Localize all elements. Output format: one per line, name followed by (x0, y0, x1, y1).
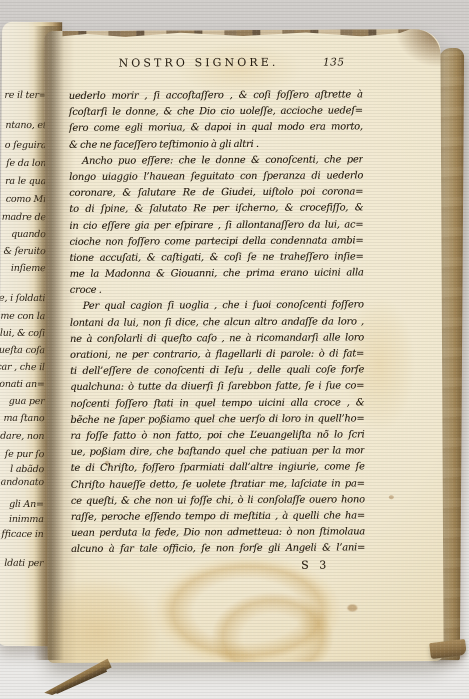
left-page-text-fragment: donati an= (0, 379, 45, 390)
clasp-strap (42, 658, 112, 697)
left-page-text-fragment: ntano, et (5, 120, 46, 131)
text-line: Ancho puo eſſere: che le donne & conoſce… (69, 152, 363, 170)
text-line: ti dell’eſſere de conoſcenti di Ieſu , d… (70, 363, 364, 381)
left-page-text-fragment: me con la (0, 311, 45, 322)
clasp-strap-tip (52, 666, 107, 695)
text-line: orationi, ne per contrario, à flagellarl… (70, 346, 364, 364)
left-page-text-fragment: madre de (2, 212, 46, 223)
text-line: alcuno à far tale officio, ſe non forſe … (71, 541, 365, 559)
text-lines: uederlo morir , ſi accoſtaſſero , & coſi… (69, 87, 365, 558)
text-line: raſſe, peroche eſſendo tempo di meſtitia… (71, 508, 365, 526)
left-page-text-fragment: ſe pur ſo (5, 449, 44, 460)
water-stain (197, 581, 348, 663)
text-line: ſero come egli moriua, & dapoi in qual m… (69, 120, 363, 138)
foxing-spot (389, 495, 394, 499)
text-line: bẽche ne ſaper poßiamo quel che uerſo di… (70, 411, 364, 429)
right-page: NOSTRO SIGNORE. 135 uederlo morir , ſi a… (44, 29, 443, 663)
text-line: cioche non foſſero come partecipi della … (69, 233, 363, 251)
left-page-text-fragment: e, i ſoldati (0, 293, 45, 304)
text-line: longo uiaggio l’hauean ſeguitato con ſpe… (69, 168, 363, 186)
text-line: to di ſpine, & ſalutato Re per iſcherno,… (69, 201, 363, 219)
page-top-edge (62, 29, 410, 38)
left-page-text-fragment: lui, & coſi (0, 328, 45, 339)
left-page-text-fragment: fficace in (1, 529, 43, 540)
text-line: qualchuna: ò tutte da diuerſi ſi ſarebbo… (70, 379, 364, 397)
text-line: uederlo morir , ſi accoſtaſſero , & coſi… (69, 87, 363, 105)
left-page-text-fragment: como Mi (6, 194, 46, 205)
left-page-text-fragment: inimma (9, 514, 44, 525)
left-page-text-fragment: ſe da lon (6, 158, 46, 169)
text-line: me la Madonna & Giouanni, che prima eran… (70, 265, 364, 283)
vellum-cover-corner (429, 639, 467, 659)
text-line: Per qual cagion ſi uoglia , che i ſuoi c… (70, 298, 364, 316)
signature-mark: S 3 (71, 559, 365, 574)
text-line: Chriſto haueſſe detto, ſe uolete ſtratia… (71, 476, 365, 494)
left-page-text-fragment: l abãdo (10, 464, 44, 475)
left-page-text-fragment: dare, non (0, 431, 44, 442)
running-header: NOSTRO SIGNORE. (68, 55, 362, 70)
page-number: 135 (323, 56, 345, 68)
text-line: noſcenti foſſero ſtati in quel tempo uic… (70, 395, 364, 413)
left-page-text-fragment: & ſeruito (3, 246, 45, 257)
left-page-text-fragment: ma ſtano (3, 413, 44, 424)
left-page-text-fragment: ra le qua (5, 176, 46, 187)
text-line: coronare, & ſalutare Re de Giudei, uiſto… (69, 184, 363, 202)
left-page-text-fragment: inſieme (11, 263, 46, 274)
left-page-text-fragment: quando (11, 229, 46, 240)
left-page-text-fragment: queſta coſa (0, 345, 45, 356)
text-line: uean perduta la fede, Dio non admetteua:… (71, 524, 365, 542)
left-page-text-fragment: ldati per (4, 558, 43, 569)
text-block: NOSTRO SIGNORE. 135 uederlo morir , ſi a… (68, 55, 365, 573)
left-page-text-fragment: gua per (9, 396, 45, 407)
text-line: ſcoſtarſi le donne, & che Dio cio uoleſſ… (69, 104, 363, 122)
photo-scene: re il ter=ntano, eto ſeguiraſe da lonra … (0, 0, 469, 699)
text-line: in cio eſſere gia per eſpirare , ſi allo… (69, 217, 363, 235)
text-line: ue, poßiam dire, che baſtando quel che p… (71, 443, 365, 461)
text-line: ne à conſolarli di queſto caſo , ne à ri… (70, 330, 364, 348)
text-line: tione accuſati, & caſtigati, & coſi ſe n… (69, 249, 363, 267)
foxing-spot (347, 604, 357, 611)
left-page-text-fragment: o ſeguira (5, 140, 47, 151)
text-line: croce . (70, 282, 364, 300)
text-line: lontani da lui, non ſi dice, che alcun a… (70, 314, 364, 332)
page-corner-singe (388, 29, 440, 73)
text-line: ra foſſe fatto ò non fatto, poi che L’eu… (70, 427, 364, 445)
text-line: te di Chriſto, foſſero ſparmiati dall’al… (71, 460, 365, 478)
left-page-text-fragment: gli An= (9, 499, 44, 510)
text-line: & che ne faceſſero teſtimonio à gli altr… (69, 136, 363, 154)
header-row: NOSTRO SIGNORE. 135 (68, 55, 362, 73)
left-page-text-fragment: andonato (1, 477, 44, 488)
left-page-text-fragment: re il ter= (4, 90, 46, 101)
left-page-text-fragment: car , che il (0, 362, 45, 373)
text-line: ce queſti, & che non ui foſſe chi, ò li … (71, 492, 365, 510)
